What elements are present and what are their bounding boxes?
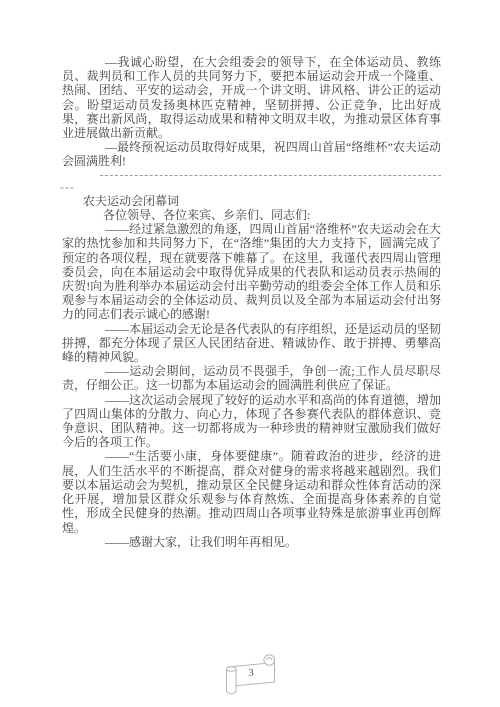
page-number: 3 (245, 667, 257, 679)
paragraph: —我诚心盼望，在大会组委会的领导下，在全体运动员、教练员、裁判员和工作人员的共同… (62, 55, 441, 140)
paragraph: ——经过紧急激烈的角逐，四周山首届“洛维杯”农夫运动会在大家的热忱参加和共同努力… (62, 222, 441, 321)
document-body: —我诚心盼望，在大会组委会的领导下，在全体运动员、教练员、裁判员和工作人员的共同… (62, 55, 441, 549)
document-page: —我诚心盼望，在大会组委会的领导下，在全体运动员、教练员、裁判员和工作人员的共同… (0, 0, 500, 707)
dashed-divider (100, 175, 441, 176)
paragraph: —最终预祝运动员取得好成果，祝四周山首届“络维杯”农夫运动会圆满胜利! (62, 140, 441, 168)
page-footer: 3 (220, 650, 280, 698)
paragraph: ——“生活要小康，身体要健康”。随着政治的进步，经济的进展，人们生活水平的不断提… (62, 449, 441, 534)
document-title: 农夫运动会闭幕词 (62, 194, 441, 208)
paragraph: ——本届运动会无论是各代表队的有序组织，还是运动员的坚韧拼搏，都充分体现了景区人… (62, 322, 441, 365)
paragraph: ——这次运动会展现了较好的运动水平和高尚的体育道德，增加了四周山集体的分散力、向… (62, 393, 441, 450)
paragraph: ——运动会期间，运动员不畏强手，争创一流;工作人员尽职尽责，仔细公正。这一切都为… (62, 364, 441, 392)
paragraph: ——感谢大家，让我们明年再相见。 (62, 535, 441, 549)
dash-separator: --- (60, 180, 441, 194)
salutation: 各位领导、各位来宾、乡亲们、同志们: (62, 208, 441, 222)
